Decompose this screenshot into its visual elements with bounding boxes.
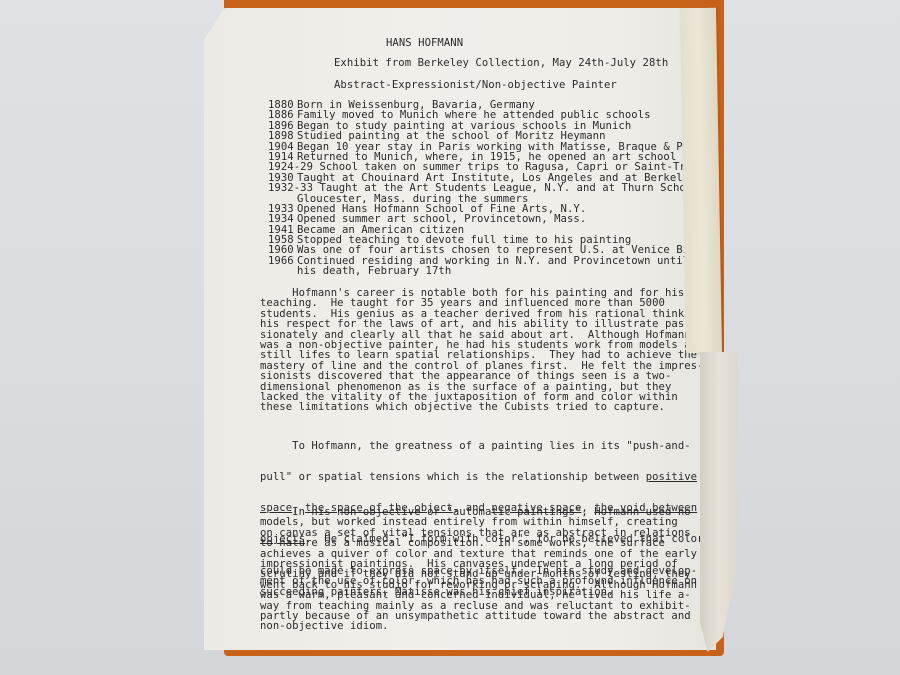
paragraph-career: Hofmann's career is notable both for his… (260, 288, 700, 413)
document-text: HANS HOFMANN Exhibit from Berkeley Colle… (0, 0, 900, 675)
underlined-term: positive (646, 471, 697, 483)
text-clip-region: HANS HOFMANN Exhibit from Berkeley Colle… (200, 0, 700, 675)
chronology-year: 1966 (268, 256, 297, 266)
text-line: these limitations which objective the Cu… (260, 402, 700, 412)
p2-line-1: To Hofmann, the greatness of a painting … (260, 441, 700, 451)
p2-line-2: pull" or spatial tensions which is the r… (260, 472, 700, 482)
p2-text: pull" or spatial tensions which is the r… (260, 471, 646, 483)
tape-strip-upper (680, 8, 722, 354)
chronology-text: Studied painting at the school of Moritz… (297, 131, 606, 141)
chronology-text: Taught at the Art Students League, N.Y. … (319, 183, 698, 193)
text-line: non-objective idiom. (260, 621, 700, 631)
chronology-entry: 1898 Studied painting at the school of M… (268, 131, 699, 141)
style-subtitle: Abstract-Expressionist/Non-objective Pai… (334, 80, 617, 90)
chronology-text: his death, February 17th (297, 266, 451, 276)
chronology-year: 1898 (268, 131, 297, 141)
chronology-year: 1932-33 (268, 183, 319, 193)
chronology-entry: his death, February 17th (268, 266, 699, 276)
exhibit-subtitle: Exhibit from Berkeley Collection, May 24… (334, 58, 668, 68)
chronology-list: 1880 Born in Weissenburg, Bavaria, Germa… (268, 100, 699, 277)
paragraph-automatic-paintings: In his non-objective or "automatic paint… (260, 507, 700, 632)
chronology-entry: 1932-33 Taught at the Art Students Leagu… (268, 183, 699, 193)
document-title: HANS HOFMANN (386, 38, 463, 48)
chronology-year (268, 266, 297, 276)
